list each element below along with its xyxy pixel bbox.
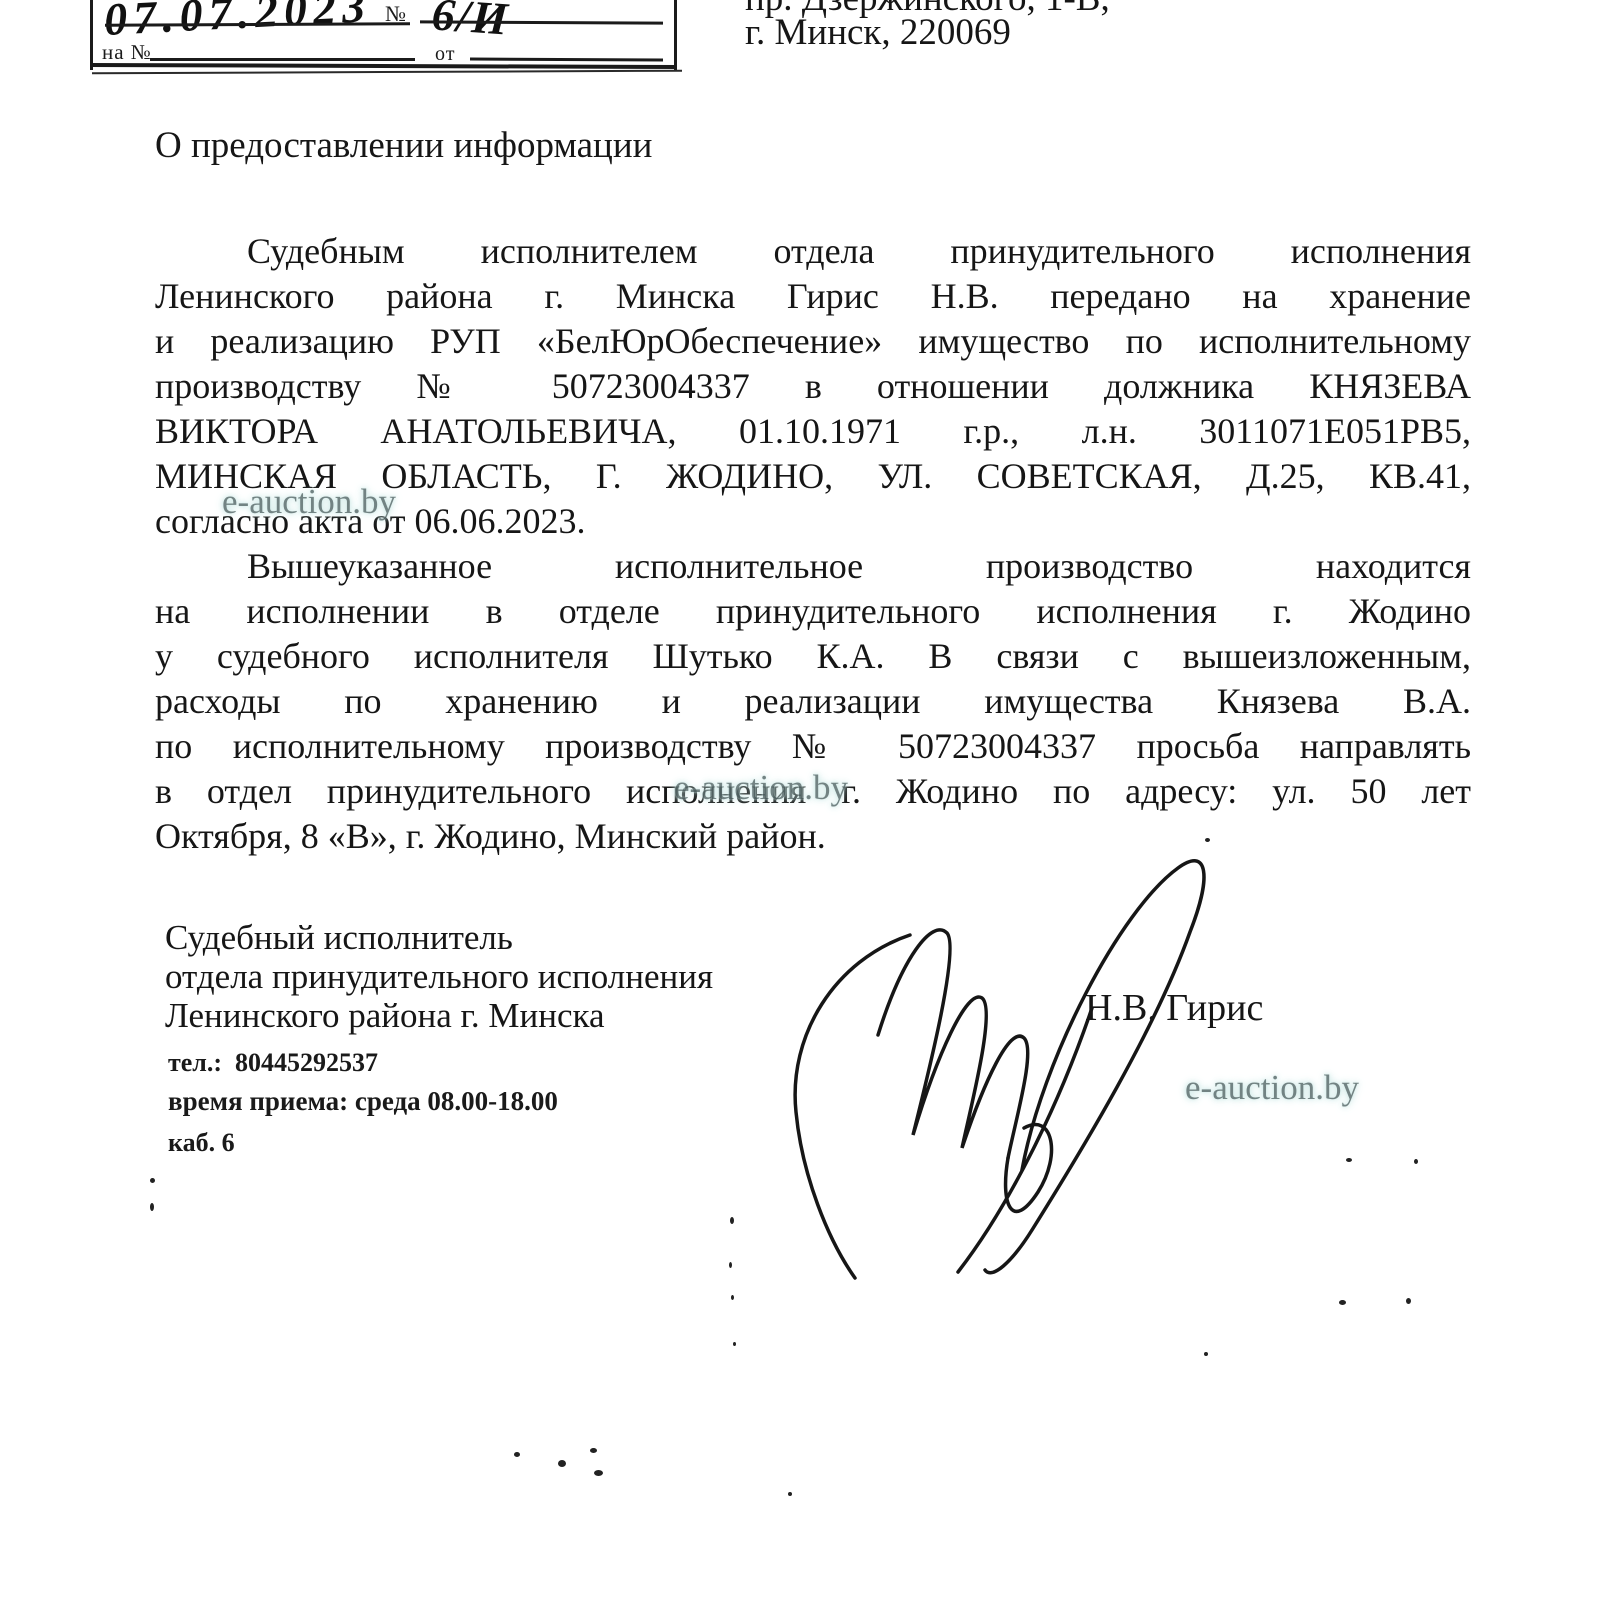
- recipient-city: г. Минск, 220069: [745, 14, 1011, 51]
- reply-number-underline: [150, 58, 415, 61]
- reply-to-number-label: на №: [102, 40, 152, 65]
- signer-name: Н.В. Гирис: [1085, 986, 1263, 1030]
- body-paragraph-2: Вышеуказанное исполнительное производств…: [155, 544, 1471, 859]
- scanned-letter-page: 07.07.2023 № 6/И на № от пр. Дзержинског…: [0, 0, 1600, 1600]
- signer-position-line: Судебный исполнитель: [165, 918, 713, 957]
- phone-line: тел.: 80445292537: [168, 1048, 378, 1078]
- number-label: №: [385, 1, 407, 27]
- paragraph-line: расходы по хранению и реализации имущест…: [155, 679, 1471, 724]
- stamp-box-bottom-border: [90, 63, 677, 69]
- paragraph-line: ВИКТОРА АНАТОЛЬЕВИЧА, 01.10.1971 г.р., л…: [155, 409, 1471, 454]
- paragraph-line: по исполнительному производству № 507230…: [155, 724, 1471, 769]
- reception-hours-line: время приема: среда 08.00-18.00: [168, 1086, 558, 1117]
- paragraph-line: и реализацию РУП «БелЮрОбеспечение» имущ…: [155, 319, 1471, 364]
- signer-position-block: Судебный исполнитель отдела принудительн…: [165, 918, 713, 1035]
- paragraph-line: у судебного исполнителя Шутько К.А. В св…: [155, 634, 1471, 679]
- paragraph-line: на исполнении в отделе принудительного и…: [155, 589, 1471, 634]
- paragraph-line: Судебным исполнителем отдела принудитель…: [155, 229, 1471, 274]
- signer-position-line: Ленинского района г. Минска: [165, 996, 713, 1035]
- signer-position-line: отдела принудительного исполнения: [165, 957, 713, 996]
- paragraph-line: Ленинского района г. Минска Гирис Н.В. п…: [155, 274, 1471, 319]
- e-auction-watermark: e-auction.by: [222, 482, 396, 522]
- reply-date-underline: [470, 57, 663, 61]
- handwritten-signature: [760, 840, 1230, 1290]
- letter-subject: О предоставлении информации: [155, 124, 652, 167]
- stamp-box-bottom-border-2: [92, 70, 682, 75]
- e-auction-watermark: e-auction.by: [674, 768, 848, 808]
- e-auction-watermark: e-auction.by: [1185, 1068, 1359, 1108]
- paragraph-line: Вышеуказанное исполнительное производств…: [155, 544, 1471, 589]
- office-line: каб. 6: [168, 1128, 235, 1158]
- stamp-box-left-border: [90, 0, 93, 70]
- reply-date-label: от: [435, 43, 455, 66]
- stamp-box-right-border: [674, 0, 677, 70]
- paragraph-line: производству № 50723004337 в отношении д…: [155, 364, 1471, 409]
